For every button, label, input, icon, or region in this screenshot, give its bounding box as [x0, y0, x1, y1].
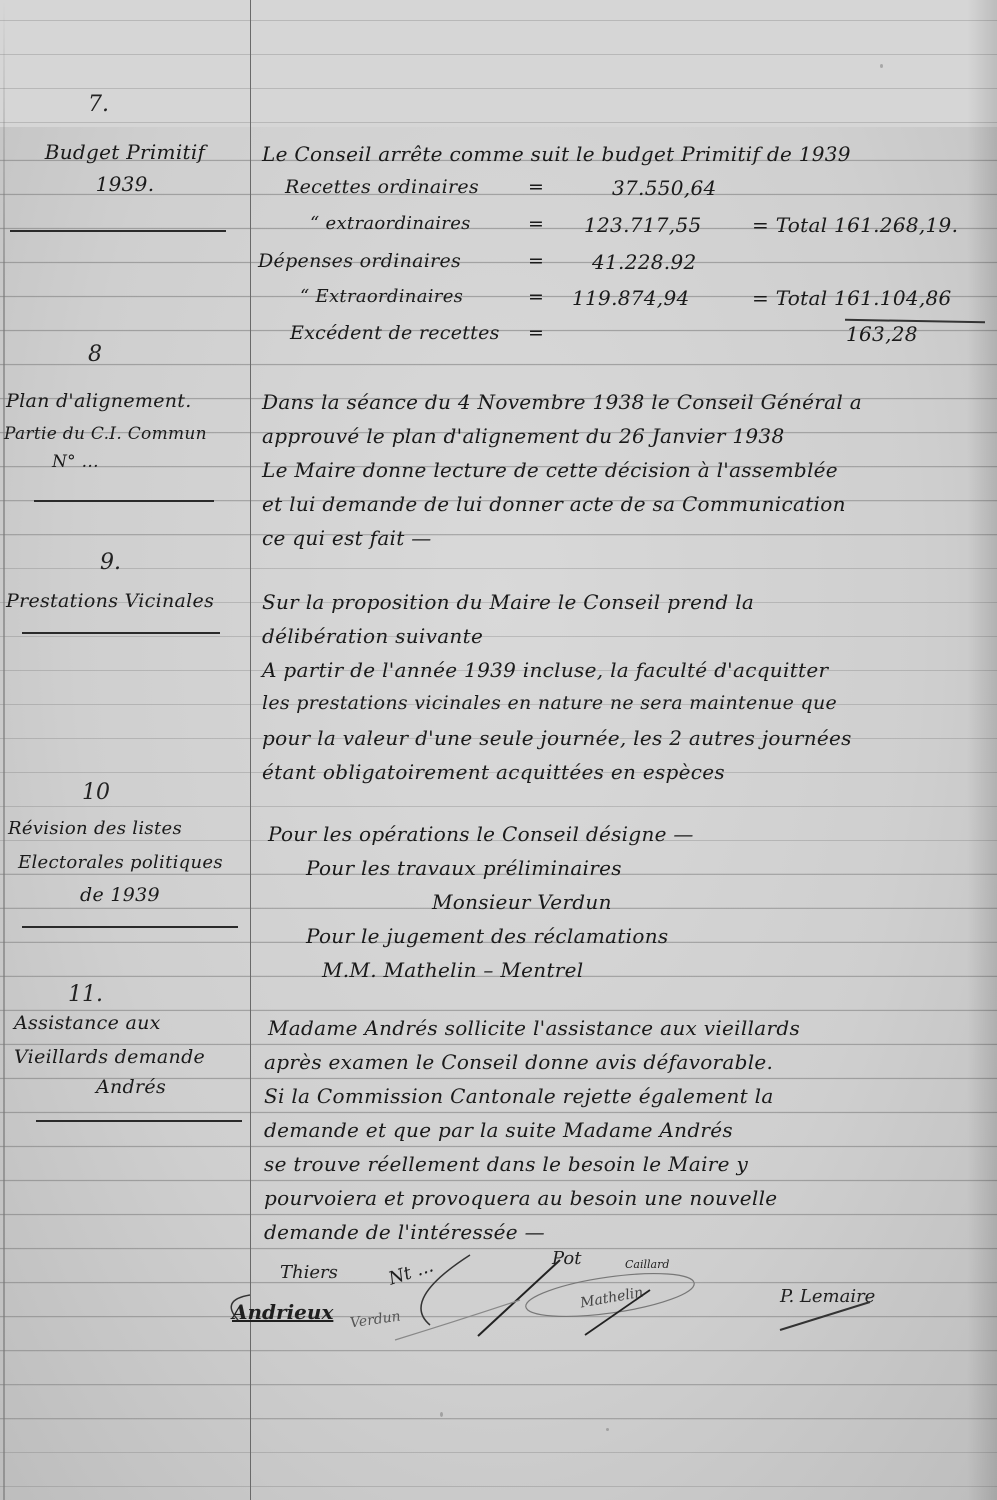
ink-speck	[440, 1412, 443, 1417]
ink-speck	[880, 64, 883, 68]
signature-flourishes	[0, 0, 997, 1500]
ink-speck	[606, 1428, 609, 1431]
register-page: 7. Budget Primitif 1939. Le Conseil arrê…	[0, 0, 997, 1500]
